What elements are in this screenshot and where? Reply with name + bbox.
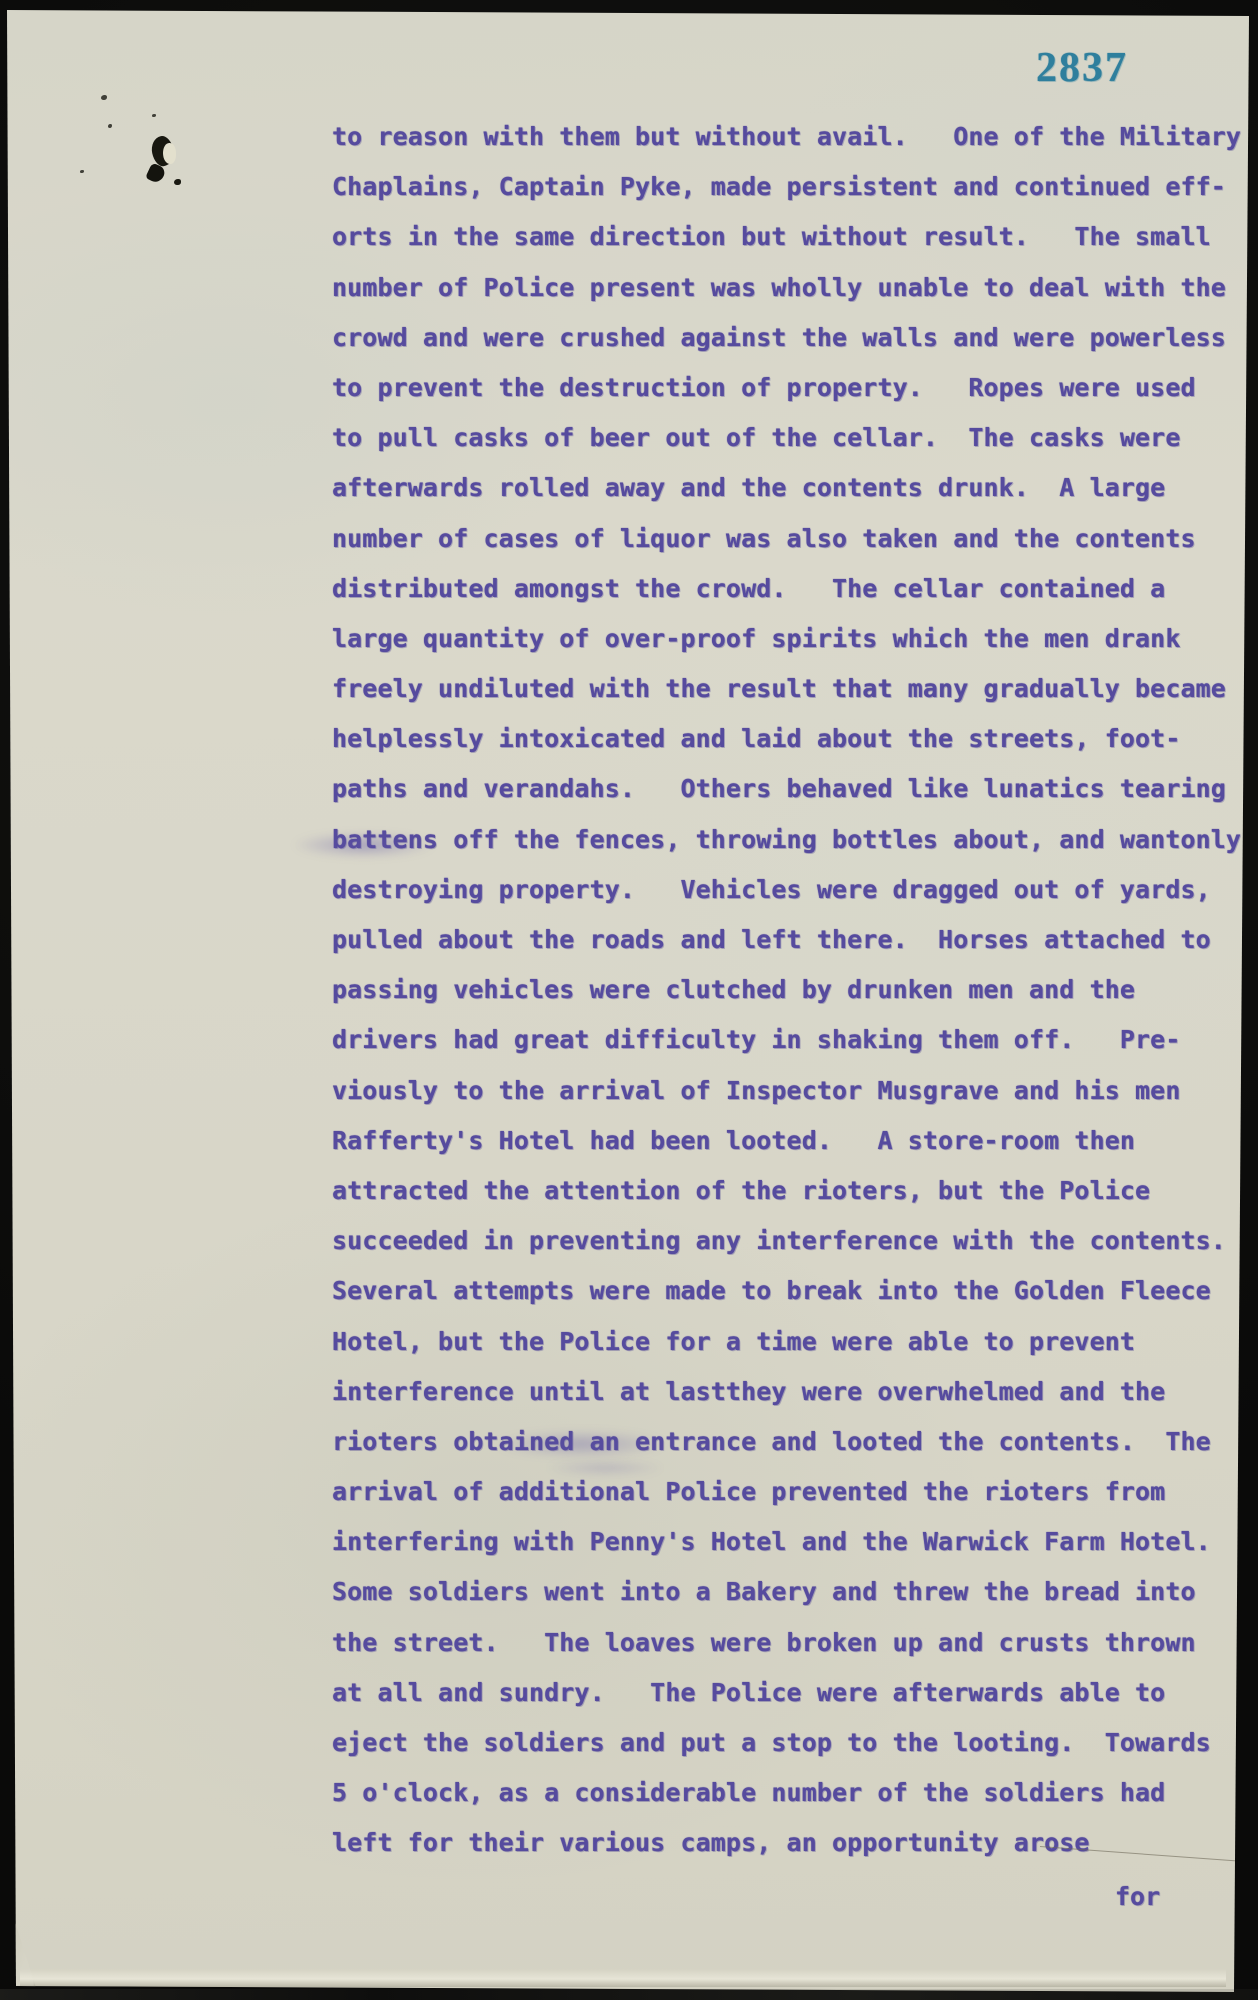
ink-blot-highlight [163, 143, 176, 164]
text-line: number of Police present was wholly unab… [332, 263, 1241, 313]
page-number-stamp: 2837 [1036, 44, 1128, 92]
text-line: Hotel, but the Police for a time were ab… [332, 1317, 1241, 1367]
text-line: interfering with Penny's Hotel and the W… [332, 1517, 1241, 1567]
document-page: 2837 to reason with them but without ava… [0, 0, 1258, 2000]
text-line: Several attempts were made to break into… [332, 1266, 1241, 1316]
text-line: viously to the arrival of Inspector Musg… [332, 1066, 1241, 1116]
text-line: distributed amongst the crowd. The cella… [332, 564, 1241, 614]
text-line: number of cases of liquor was also taken… [332, 514, 1241, 564]
text-line: to reason with them but without avail. O… [332, 112, 1241, 162]
text-line: succeeded in preventing any interference… [332, 1216, 1241, 1266]
text-line: helplessly intoxicated and laid about th… [332, 714, 1241, 764]
ink-smudge [293, 832, 435, 858]
text-line: 5 o'clock, as a considerable number of t… [332, 1768, 1241, 1818]
text-line: the street. The loaves were broken up an… [332, 1618, 1241, 1668]
text-line: paths and verandahs. Others behaved like… [332, 764, 1241, 814]
paper-speck [101, 95, 107, 100]
paper-bottom-edge [20, 1969, 1226, 1987]
text-line: Rafferty's Hotel had been looted. A stor… [332, 1116, 1241, 1166]
text-line: battens off the fences, throwing bottles… [332, 815, 1241, 865]
text-line: afterwards rolled away and the contents … [332, 463, 1241, 513]
text-line: Some soldiers went into a Bakery and thr… [332, 1567, 1241, 1617]
ink-blot [148, 134, 184, 192]
text-line: rioters obtained an entrance and looted … [332, 1417, 1241, 1467]
catchword: for [1115, 1872, 1160, 1922]
text-line: Chaplains, Captain Pyke, made persistent… [332, 162, 1241, 212]
text-line: eject the soldiers and put a stop to the… [332, 1718, 1241, 1768]
scan-background: 2837 to reason with them but without ava… [0, 0, 1258, 2000]
paper-speck [108, 124, 112, 128]
text-line: attracted the attention of the rioters, … [332, 1166, 1241, 1216]
ink-smudge [545, 1460, 665, 1476]
text-line: at all and sundry. The Police were after… [332, 1668, 1241, 1718]
text-line: large quantity of over-proof spirits whi… [332, 614, 1241, 664]
text-line: to prevent the destruction of property. … [332, 363, 1241, 413]
text-line: destroying property. Vehicles were dragg… [332, 865, 1241, 915]
paper-speck [152, 114, 156, 117]
text-line: interference until at lastthey were over… [332, 1367, 1241, 1417]
ink-smudge [495, 1430, 667, 1458]
paper-speck [80, 170, 84, 173]
text-line: pulled about the roads and left there. H… [332, 915, 1241, 965]
document-text-block: to reason with them but without avail. O… [332, 112, 1241, 1869]
text-line: left for their various camps, an opportu… [332, 1818, 1241, 1868]
ink-blot-dot [174, 179, 181, 185]
text-line: freely undiluted with the result that ma… [332, 664, 1241, 714]
text-line: arrival of additional Police prevented t… [332, 1467, 1241, 1517]
text-line: crowd and were crushed against the walls… [332, 313, 1241, 363]
text-line: drivers had great difficulty in shaking … [332, 1015, 1241, 1065]
text-line: passing vehicles were clutched by drunke… [332, 965, 1241, 1015]
text-line: orts in the same direction but without r… [332, 212, 1241, 262]
text-line: to pull casks of beer out of the cellar.… [332, 413, 1241, 463]
